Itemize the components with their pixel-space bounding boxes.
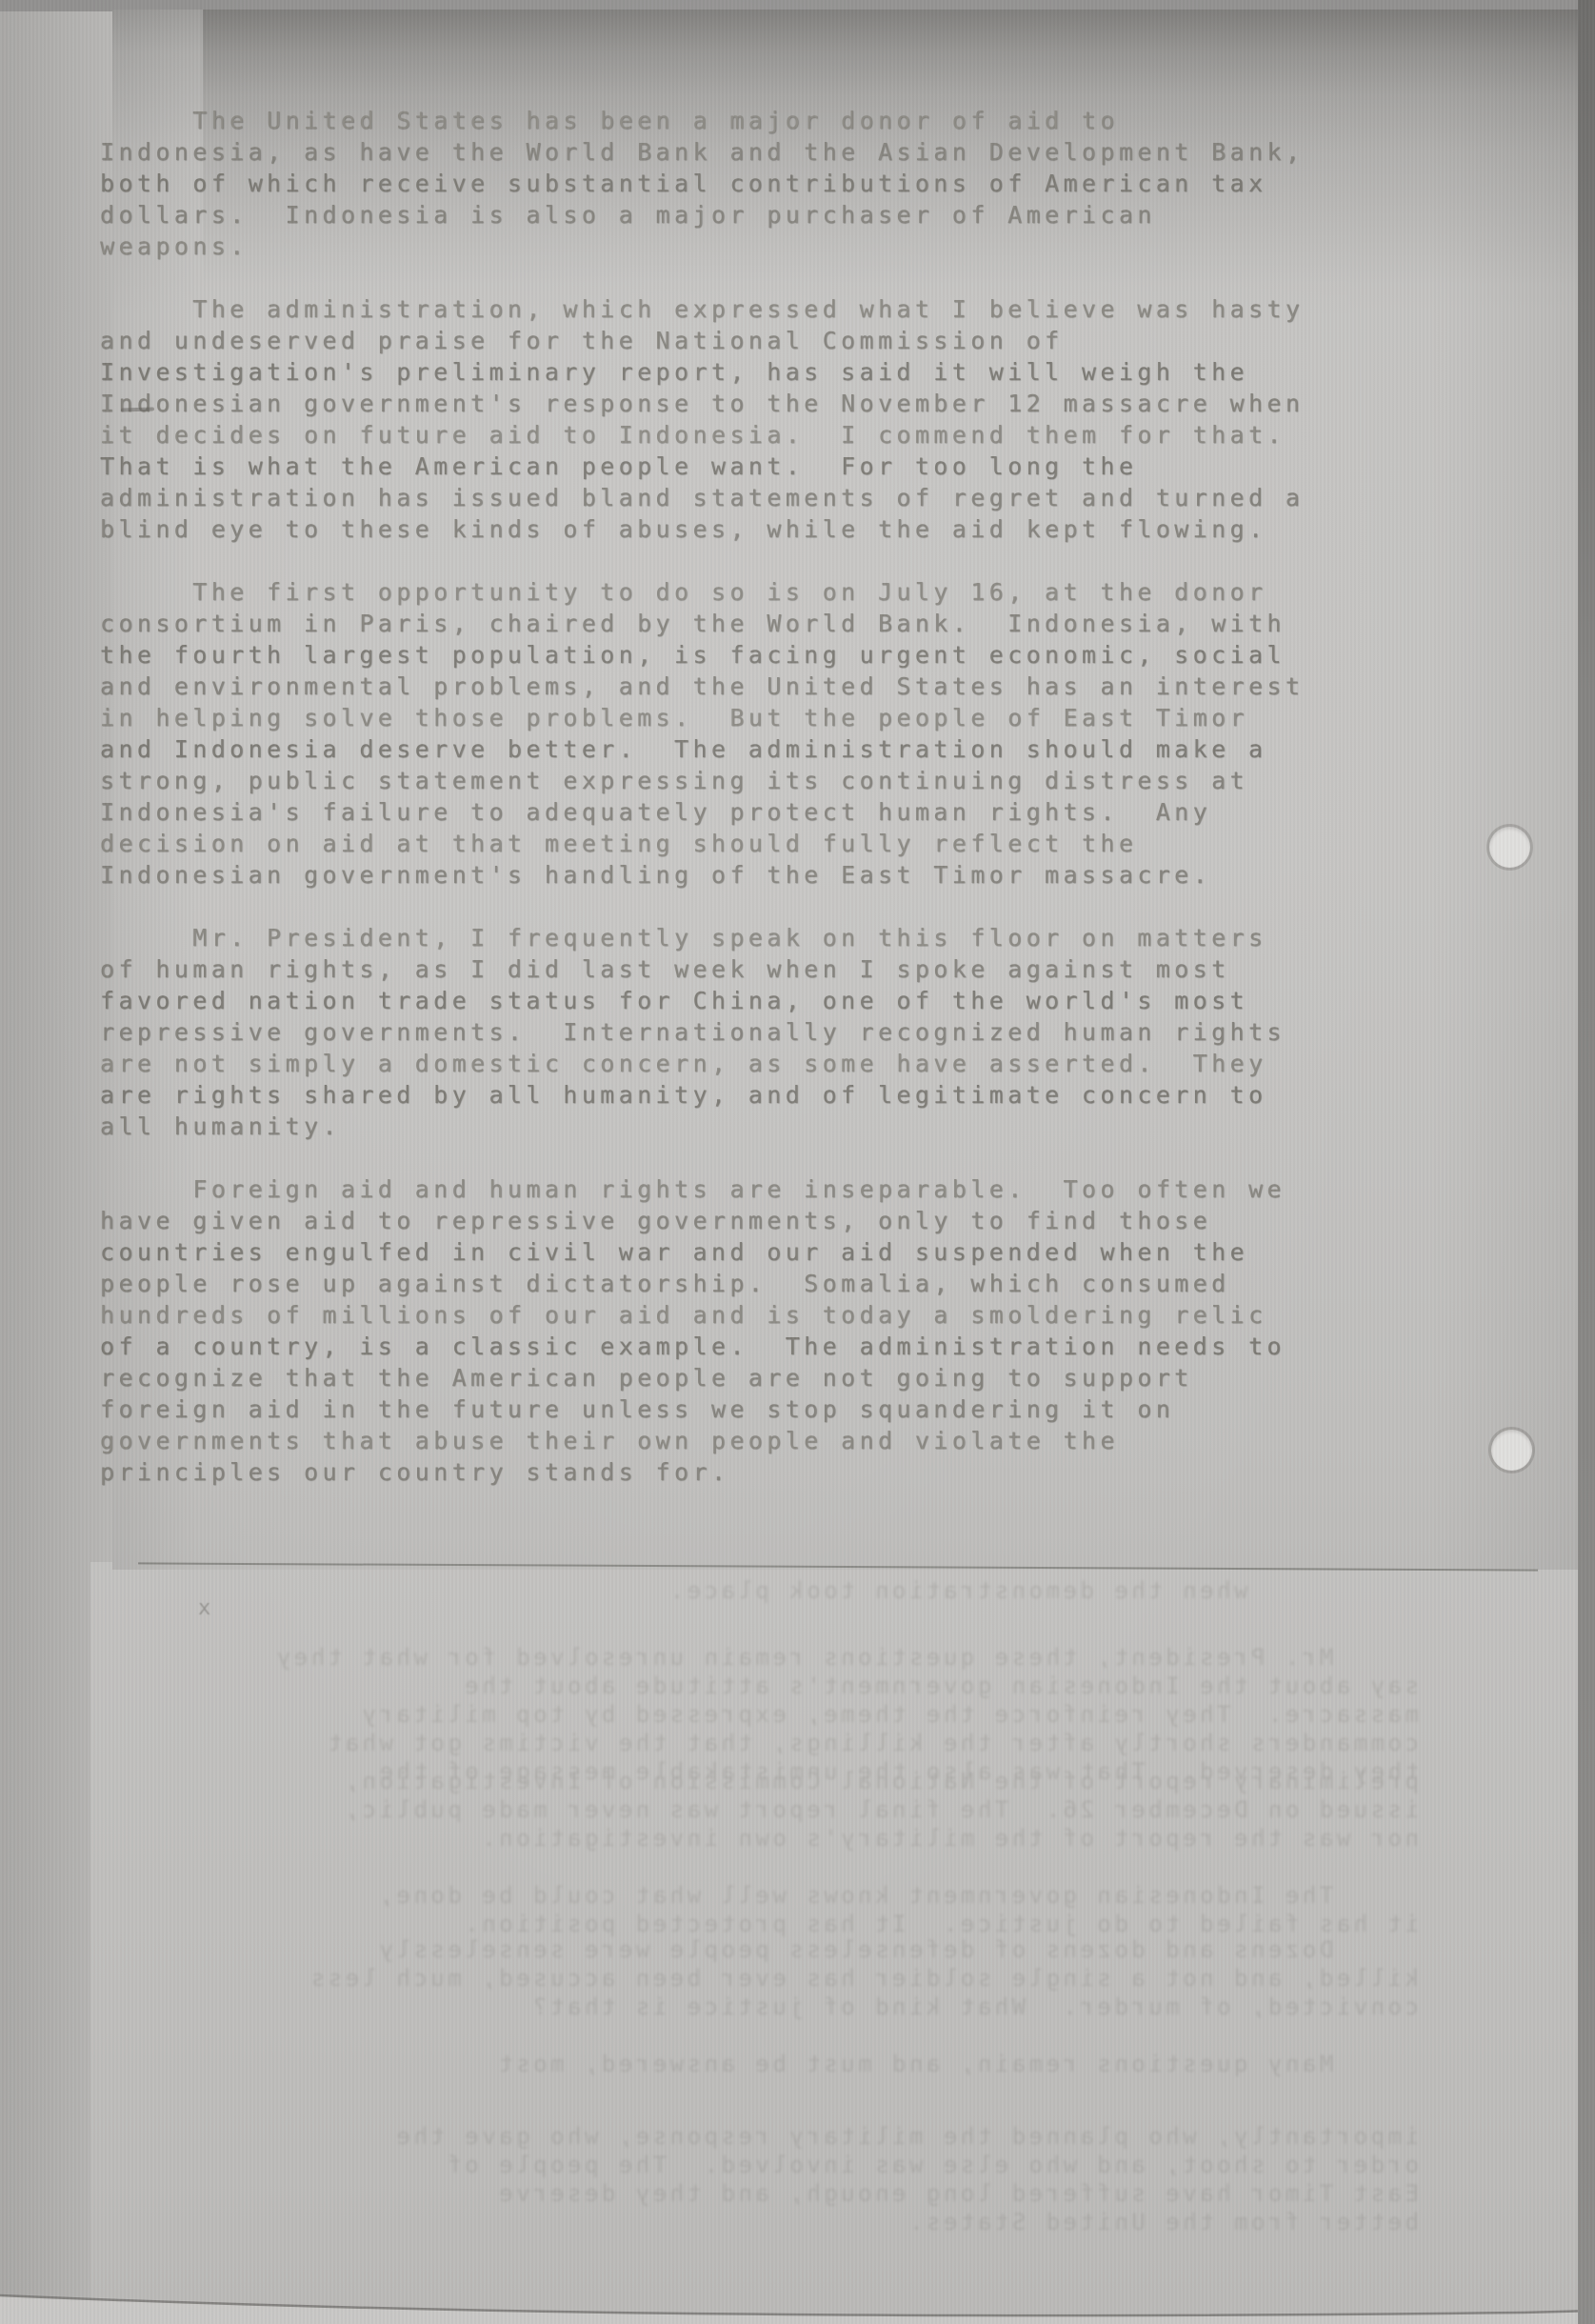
speech-paragraph: The first opportunity to do so is on Jul… — [100, 576, 1400, 891]
text-line: The Indonesian government knows well wha… — [143, 1881, 1419, 1910]
text-line: say about the Indonesian government's at… — [143, 1672, 1419, 1700]
text-line: are not simply a domestic concern, as so… — [100, 1048, 1400, 1079]
punch-hole — [1489, 827, 1530, 868]
text-line: commanders shortly after the killings, t… — [143, 1729, 1419, 1757]
text-line: principles our country stands for. — [100, 1456, 1400, 1488]
text-line: governments that abuse their own people … — [100, 1425, 1400, 1456]
text-line: hundreds of millions of our aid and is t… — [100, 1299, 1400, 1331]
text-line: the fourth largest population, is facing… — [100, 639, 1400, 671]
text-line: order to shoot, and who else was involve… — [143, 2151, 1419, 2179]
text-line: and environmental problems, and the Unit… — [100, 671, 1400, 702]
text-line: The first opportunity to do so is on Jul… — [100, 576, 1400, 608]
text-line: Mr. President, I frequently speak on thi… — [100, 922, 1400, 953]
speech-paragraph: Mr. President, I frequently speak on thi… — [100, 922, 1400, 1142]
typewritten-text: The United States has been a major donor… — [100, 105, 1400, 1519]
text-line — [143, 2021, 1419, 2050]
text-line: favored nation trade status for China, o… — [100, 985, 1400, 1016]
page-bottom-edge — [0, 2282, 1595, 2324]
text-line — [143, 2236, 1419, 2265]
text-line: better from the United States. — [143, 2208, 1419, 2236]
text-line: consortium in Paris, chaired by the Worl… — [100, 608, 1400, 639]
text-line: Indonesian government's response to the … — [100, 388, 1400, 419]
text-line: have given aid to repressive governments… — [100, 1205, 1400, 1236]
bleed-paragraph: Dozens and dozens of defenseless people … — [143, 1935, 1419, 2078]
text-line: Indonesia's failure to adequately protec… — [100, 796, 1400, 828]
text-line: repressive governments. Internationally … — [100, 1016, 1400, 1048]
text-line: people rose up against dictatorship. Som… — [100, 1268, 1400, 1299]
mirrored-bleed-through-text: when the demonstration took place. Mr. P… — [143, 1576, 1419, 2281]
text-line: The administration, which expressed what… — [100, 293, 1400, 325]
text-line: in helping solve those problems. But the… — [100, 702, 1400, 733]
text-line: are rights shared by all humanity, and o… — [100, 1079, 1400, 1111]
speech-paragraph: Foreign aid and human rights are insepar… — [100, 1173, 1400, 1488]
bleed-paragraph: when the demonstration took place. — [143, 1576, 1419, 1605]
text-line: foreign aid in the future unless we stop… — [100, 1393, 1400, 1425]
text-line: all humanity. — [100, 1111, 1400, 1142]
bleed-paragraph: Mr. President, these questions remain un… — [143, 1643, 1419, 1786]
text-line: it decides on future aid to Indonesia. I… — [100, 419, 1400, 451]
text-line: of a country, is a classic example. The … — [100, 1331, 1400, 1362]
text-line: nor was the report of the military's own… — [143, 1824, 1419, 1853]
text-line: recognize that the American people are n… — [100, 1362, 1400, 1393]
text-line: importantly, who planned the military re… — [143, 2122, 1419, 2151]
text-line: That is what the American people want. F… — [100, 451, 1400, 482]
text-line: Many questions remain, and must be answe… — [143, 2050, 1419, 2078]
text-line: countries engulfed in civil war and our … — [100, 1236, 1400, 1268]
text-line: of human rights, as I did last week when… — [100, 953, 1400, 985]
text-line: killed, and not a single soldier has eve… — [143, 1964, 1419, 1993]
scanner-right-edge — [1578, 0, 1595, 2324]
punch-hole — [1491, 1430, 1532, 1471]
text-line: both of which receive substantial contri… — [100, 168, 1400, 199]
speech-paragraph: The administration, which expressed what… — [100, 293, 1400, 545]
text-line: Indonesia, as have the World Bank and th… — [100, 136, 1400, 168]
text-line: when the demonstration took place. — [143, 1576, 1419, 1605]
text-line: Indonesian government's handling of the … — [100, 859, 1400, 891]
text-line — [143, 1853, 1419, 1881]
document-scan: when the demonstration took place. Mr. P… — [0, 0, 1595, 2324]
text-line: East Timor have suffered long enough, an… — [143, 2179, 1419, 2208]
text-line: it has failed to do justice. It has prot… — [143, 1910, 1419, 1938]
text-line: strong, public statement expressing its … — [100, 765, 1400, 796]
text-line: and Indonesia deserve better. The admini… — [100, 733, 1400, 765]
text-line: weapons. — [100, 230, 1400, 262]
bleed-paragraph: importantly, who planned the military re… — [143, 2122, 1419, 2265]
text-line: Dozens and dozens of defenseless people … — [143, 1935, 1419, 1964]
text-line: decision on aid at that meeting should f… — [100, 828, 1400, 859]
bleed-paragraph: preliminary report of the National Commi… — [143, 1767, 1419, 1938]
text-line: convicted, of murder. What kind of justi… — [143, 1993, 1419, 2021]
text-line: Investigation's preliminary report, has … — [100, 356, 1400, 388]
speech-paragraph: The United States has been a major donor… — [100, 105, 1400, 262]
text-line: and undeserved praise for the National C… — [100, 325, 1400, 356]
text-line: Mr. President, these questions remain un… — [143, 1643, 1419, 1672]
text-line: preliminary report of the National Commi… — [143, 1767, 1419, 1795]
text-line: dollars. Indonesia is also a major purch… — [100, 199, 1400, 230]
stray-x-mark: x — [198, 1596, 210, 1620]
text-line: Foreign aid and human rights are insepar… — [100, 1173, 1400, 1205]
text-line: issued on December 26. The final report … — [143, 1795, 1419, 1824]
text-line: administration has issued bland statemen… — [100, 482, 1400, 513]
text-line: blind eye to these kinds of abuses, whil… — [100, 513, 1400, 545]
text-line: The United States has been a major donor… — [100, 105, 1400, 136]
text-line: massacre. They reinforce the theme, expr… — [143, 1700, 1419, 1729]
